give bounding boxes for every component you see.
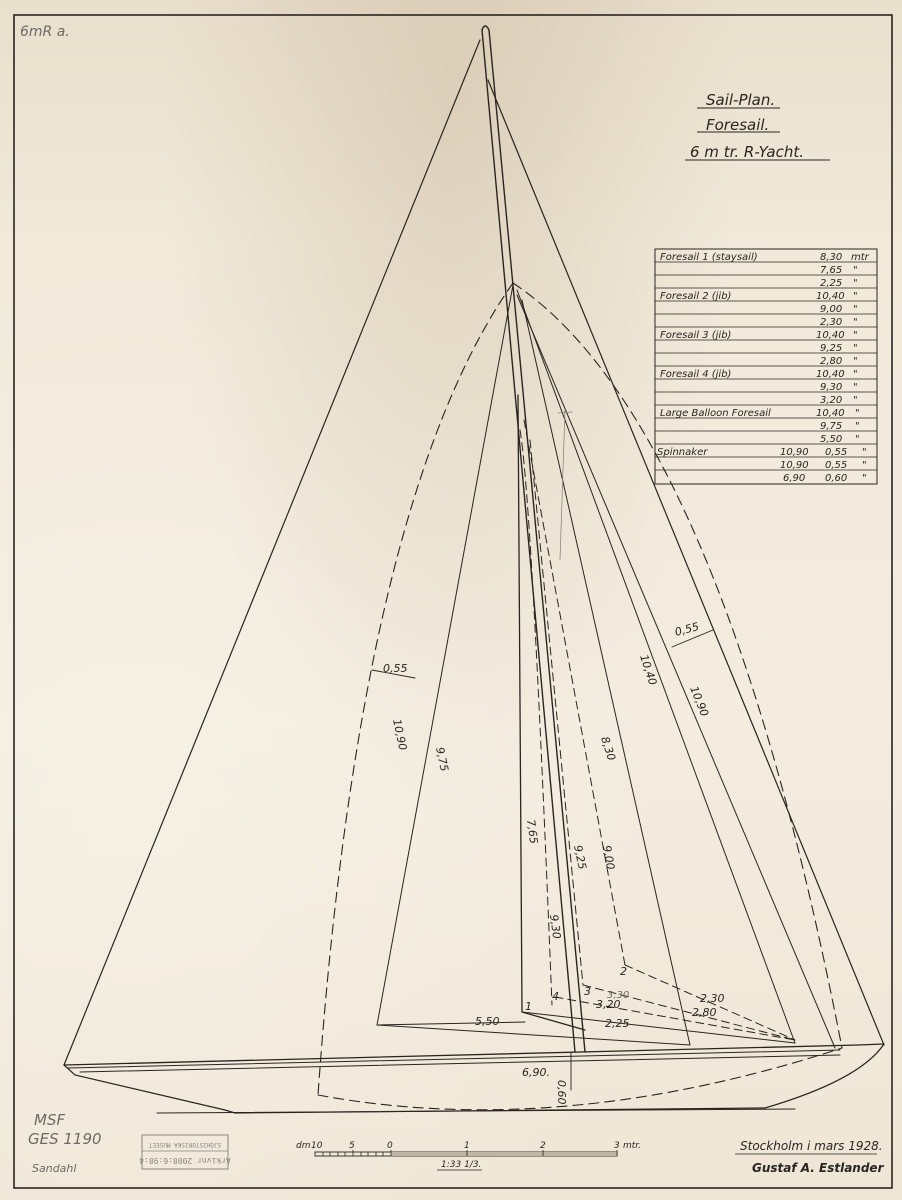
table-unit: " [853, 304, 858, 315]
table-cell: 10,90 [780, 447, 809, 458]
designer-signature: Gustaf A. Estlander [752, 1161, 885, 1175]
hull [64, 1044, 884, 1113]
archive-scribble: Sandahl [32, 1162, 76, 1175]
table-cell: 5,50 [820, 434, 842, 445]
table-unit: " [853, 343, 858, 354]
table-cell: 10,90 [780, 460, 809, 471]
archive-code-line1: MSF [34, 1111, 65, 1129]
stamp-archive-number: Arkivnr 2008:6:98:4 [139, 1156, 231, 1165]
table-unit: " [862, 460, 867, 471]
label-clew-2: 2 [620, 965, 627, 978]
label-spinnaker-luff-right: 10,90 [687, 684, 711, 718]
table-unit: " [853, 395, 858, 406]
label-balloon-foot: 5,50 [475, 1015, 500, 1028]
table-cell: 7,65 [820, 265, 842, 276]
drawing-annotations: 0,55 10,90 9,75 0,55 10,40 10,90 8,30 7,… [383, 620, 725, 1105]
table-unit: " [853, 369, 858, 380]
archive-marks: MSF GES 1190 Sandahl SJÖHISTORISKA MUSEE… [28, 1111, 231, 1175]
jib3-leech [530, 440, 583, 985]
table-unit: " [853, 356, 858, 367]
scale-tick-label: 0 [387, 1141, 393, 1151]
table-cell: 0,60 [825, 473, 847, 484]
table-cell: 8,30 [820, 252, 842, 263]
label-jib3-leech: 9,25 [571, 844, 589, 871]
table-cell: 6,90 [783, 473, 805, 484]
table-unit: " [853, 265, 858, 276]
title-sail-plan: Sail-Plan. [706, 91, 775, 109]
pencil-line [560, 410, 565, 560]
table-cell: 10,40 [816, 369, 845, 380]
table-row-label: Foresail 3 (jib) [660, 330, 731, 341]
corner-note: 6mR a. [20, 24, 70, 40]
label-spinnaker-width-left: 0,55 [383, 662, 408, 675]
spinnaker-luff-left [64, 40, 480, 1065]
drawing-sheet: 6mR a. Sail-Plan. Foresail. 6 m tr. R-Ya… [0, 0, 902, 1200]
table-unit: " [853, 291, 858, 302]
table-cell: 10,40 [816, 408, 845, 419]
scale-tick-label: 5 [349, 1141, 355, 1151]
table-row-label: Spinnaker [657, 447, 708, 458]
label-jib2-foot: 2,30 [700, 992, 725, 1005]
scale-unit-left: dm [296, 1141, 311, 1151]
title-yacht-class: 6 m tr. R-Yacht. [690, 143, 804, 161]
label-clew-1: 1 [525, 1000, 532, 1013]
table-cell: 2,80 [820, 356, 842, 367]
table-cell: 9,25 [820, 343, 842, 354]
table-cell: 9,75 [820, 421, 842, 432]
table-cell: 2,25 [820, 278, 842, 289]
table-unit: " [853, 382, 858, 393]
table-cell: 0,55 [825, 447, 847, 458]
label-balloon-luff: 9,75 [433, 746, 451, 773]
label-jib3-foot: 2,80 [692, 1006, 717, 1019]
label-jib2-leech: 9,00 [600, 844, 617, 870]
table-unit: " [862, 447, 867, 458]
label-jib4-foot-pencil: 3,30 [607, 990, 629, 1001]
sail-dimensions-table: Foresail 1 (staysail) 8,30 mtr 7,65 " 2,… [655, 249, 877, 484]
table-row-label: Large Balloon Foresail [660, 408, 771, 419]
table-cell: 10,40 [816, 330, 845, 341]
table-unit: " [862, 473, 867, 484]
drawing-border [14, 15, 892, 1188]
stamp-museum-name: SJÖHISTORISKA MUSEET [148, 1141, 221, 1148]
staysail-curve [520, 430, 552, 1005]
table-unit: " [855, 408, 860, 419]
table-unit: " [853, 278, 858, 289]
table-cell: 9,30 [820, 382, 842, 393]
sail-plan-drawing: 6mR a. Sail-Plan. Foresail. 6 m tr. R-Ya… [0, 0, 902, 1200]
table-row-label: Foresail 1 (staysail) [660, 252, 758, 263]
table-unit: " [855, 421, 860, 432]
table-row-label: Foresail 4 (jib) [660, 369, 731, 380]
label-clew-3: 3 [584, 985, 591, 998]
jib4-foot [555, 997, 795, 1040]
label-spinnaker-luff-left: 10,90 [390, 718, 409, 752]
label-staysail-leech: 7,65 [524, 819, 540, 845]
label-spinnaker-width-right: 0,55 [673, 620, 700, 639]
scale-tick-label: 3 [614, 1141, 620, 1151]
table-cell: 0,55 [825, 460, 847, 471]
mast [482, 26, 585, 1052]
table-cell: 9,00 [820, 304, 842, 315]
sail-plan-lines [64, 26, 884, 1113]
table-unit: " [853, 330, 858, 341]
table-unit: mtr [851, 252, 870, 263]
table-cell: 2,30 [820, 317, 842, 328]
label-staysail-foot: 2,25 [605, 1017, 630, 1030]
title-block: Sail-Plan. Foresail. 6 m tr. R-Yacht. [685, 91, 830, 161]
spinnaker-curve-left [318, 283, 513, 1095]
jib2-leech [524, 420, 625, 965]
scale-tick-label: 1 [464, 1141, 470, 1151]
scale-bar: dm 10 5 0 1 2 3 mtr. 1:33 1/3. [296, 1141, 641, 1170]
archive-code-line2: GES 1190 [28, 1130, 102, 1148]
title-foresail: Foresail. [706, 116, 769, 134]
label-spinnaker-foot: 6,90. [522, 1066, 550, 1079]
balloon-foresail-foot [377, 1025, 690, 1045]
label-clew-4: 4 [552, 990, 559, 1003]
table-cell: 10,40 [816, 291, 845, 302]
table-unit: " [853, 317, 858, 328]
label-jib-luff: 10,40 [637, 653, 659, 687]
scale-unit-right: mtr. [623, 1141, 641, 1151]
place-date: Stockholm i mars 1928. [740, 1139, 883, 1153]
staysail-foot [522, 1012, 795, 1043]
signature-block: Stockholm i mars 1928. Gustaf A. Estland… [735, 1139, 885, 1175]
table-row-label: Foresail 2 (jib) [660, 291, 731, 302]
scale-tick-label: 2 [540, 1141, 546, 1151]
scale-tick-label: 10 [311, 1141, 323, 1151]
scale-ratio: 1:33 1/3. [441, 1160, 481, 1170]
table-cell: 3,20 [820, 395, 842, 406]
table-unit: " [855, 434, 860, 445]
label-staysail-luff: 8,30 [598, 735, 618, 762]
label-spinnaker-foot-depth: 0,60 [555, 1080, 568, 1105]
